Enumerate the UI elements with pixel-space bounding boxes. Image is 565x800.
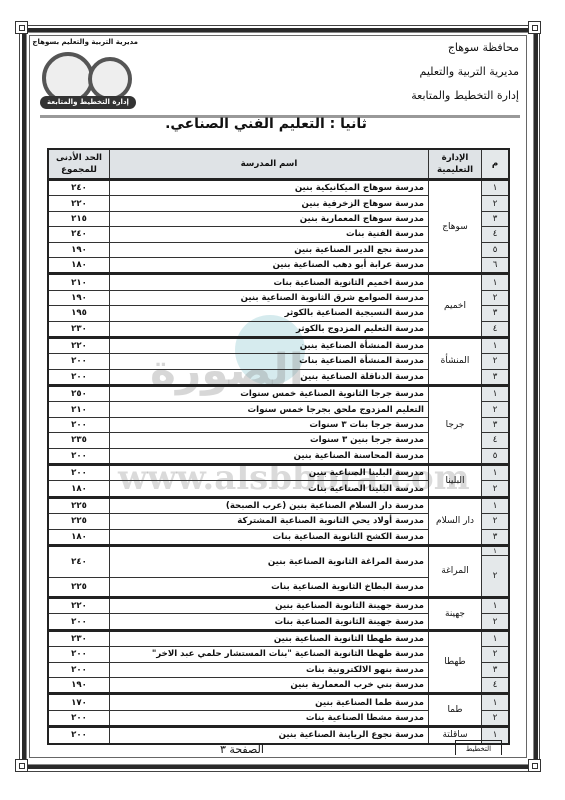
department-label: إدارة التخطيط والمتابعة [411,84,519,108]
col-header-min-score: الحد الأدنى للمجموع [48,149,110,180]
min-score: ٢٢٥ [48,514,110,529]
school-name: مدرسة الصوامع شرق الثانوية الصناعية بنين [110,290,429,305]
min-score: ٢٠٠ [48,710,110,726]
row-number: ٥ [482,448,510,464]
min-score: ٢٠٠ [48,647,110,662]
school-name: مدرسة دار السلام الصناعية بنين (عرب الصب… [110,497,429,513]
row-number: ١ [482,497,510,513]
min-score: ٢٣٠ [48,630,110,646]
row-number: ١ [482,545,510,555]
school-name: مدرسة البلينا الصناعية بنات [110,481,429,497]
table-row: ١طمامدرسة طما الصناعية بنين ١٧٠ [48,694,509,710]
school-name: مدرسة البطاخ الثانوية الصناعية بنات [110,577,429,597]
school-name: مدرسة أولاد يحي الثانوية الصناعية المشتر… [110,514,429,529]
admin-cell: اخميم [429,274,482,338]
school-name: مدرسة طهطا الثانوية الصناعية بنين [110,630,429,646]
min-score: ٢١٠ [48,274,110,290]
school-name: مدرسة جرجا الثانوية الصناعية خمس سنوات [110,386,429,402]
school-name: مدرسة المراغة الثانوية الصناعية بنين [110,545,429,577]
school-name: مدرسة المنشأة الصناعية بنين [110,337,429,353]
governorate-label: محافظة سوهاج [411,36,519,60]
department-logo: مديرية التربية والتعليم بسوهاج إدارة الت… [38,38,138,113]
row-number: ٢ [482,481,510,497]
row-number: ٣ [482,306,510,321]
school-name: مدرسة مشطا الصناعية بنات [110,710,429,726]
logo-children-icon [88,57,132,101]
admin-cell: المراغة [429,545,482,597]
table-row: ١ المراغة مدرسة المراغة الثانوية الصناعي… [48,545,509,555]
row-number: ٣ [482,211,510,226]
admin-cell: سوهاج [429,180,482,274]
col-header-number: م [482,149,510,180]
row-number: ٥ [482,242,510,257]
min-score: ٢٤٠ [48,227,110,242]
row-number: ٣ [482,369,510,385]
admin-cell: طما [429,694,482,727]
min-score: ٢٥٠ [48,386,110,402]
row-number: ٢ [482,402,510,417]
school-name: مدرسة جهينة الثانوية الصناعية بنات [110,614,429,630]
row-number: ١ [482,337,510,353]
table-row: ١جهينةمدرسة جهينة الثانوية الصناعية بنين… [48,597,509,613]
table-row: ١البلينامدرسة البلينا الصناعية بنين ٢٠٠ [48,465,509,481]
table-row: ١دار السلاممدرسة دار السلام الصناعية بني… [48,497,509,513]
row-number: ١ [482,597,510,613]
corner-ornament [528,759,541,772]
section-title: ثانيا : التعليم الفني الصناعي. [150,116,382,132]
school-name: مدرسة جرجا بنين ٣ سنوات [110,433,429,448]
min-score: ٢٠٠ [48,662,110,677]
table-row: ١جرجامدرسة جرجا الثانوية الصناعية خمس سن… [48,386,509,402]
school-name: مدرسة نجوع الرياينة الصناعية بنين [110,727,429,744]
table-header-row: م الإدارة التعليمية اسم المدرسة الحد الأ… [48,149,509,180]
row-number: ٢ [482,710,510,726]
school-name: مدرسة الفنية بنات [110,227,429,242]
school-name: مدرسة التعليم المزدوج بالكوثر [110,321,429,337]
corner-ornament [15,21,28,34]
admin-cell: طهطا [429,630,482,694]
admin-cell: البلينا [429,465,482,498]
admin-cell: جهينة [429,597,482,630]
row-number: ١ [482,386,510,402]
school-name: مدرسة نجع الدير الصناعية بنين [110,242,429,257]
school-name: مدرسة البلينا الصناعية بنين [110,465,429,481]
school-name: مدرسة طهطا الثانوية الصناعية "بنات المست… [110,647,429,662]
min-score: ١٩٥ [48,306,110,321]
min-score: ١٨٠ [48,481,110,497]
row-number: ٢ [482,514,510,529]
row-number: ٢ [482,647,510,662]
school-name: مدرسة بنهو الالكترونية بنات [110,662,429,677]
school-name: مدرسة عرابة أبو دهب الصناعية بنين [110,257,429,273]
row-number: ٦ [482,257,510,273]
row-number: ١ [482,274,510,290]
school-name: مدرسة سوهاج الزخرفية بنين [110,196,429,211]
min-score: ٢٢٥ [48,577,110,597]
min-score: ٢٤٠ [48,180,110,196]
row-number: ٢ [482,290,510,305]
min-score: ٢٢٥ [48,497,110,513]
min-score: ١٧٠ [48,694,110,710]
row-number: ٢ [482,196,510,211]
schools-table: م الإدارة التعليمية اسم المدرسة الحد الأ… [47,148,510,745]
min-score: ١٨٠ [48,257,110,273]
min-score: ٢١٥ [48,211,110,226]
row-number: ٢ [482,555,510,597]
letterhead: محافظة سوهاج مديرية التربية والتعليم إدا… [411,36,519,108]
min-score: ١٩٠ [48,290,110,305]
col-header-admin: الإدارة التعليمية [429,149,482,180]
row-number: ٢ [482,354,510,369]
min-score: ٢٢٠ [48,196,110,211]
row-number: ٢ [482,614,510,630]
min-score: ٢٠٠ [48,448,110,464]
school-name: مدرسة المنشأة الصناعية بنات [110,354,429,369]
row-number: ١ [482,630,510,646]
logo-caption: مديرية التربية والتعليم بسوهاج [38,38,138,46]
school-name: مدرسة جهينة الثانوية الصناعية بنين [110,597,429,613]
page-number: الصفحة ٣ [220,743,264,756]
directorate-label: مديرية التربية والتعليم [411,60,519,84]
col-header-school: اسم المدرسة [110,149,429,180]
min-score: ٢٢٠ [48,597,110,613]
row-number: ١ [482,180,510,196]
row-number: ٣ [482,662,510,677]
row-number: ٣ [482,529,510,545]
min-score: ٢٠٠ [48,727,110,744]
table-row: ١طهطامدرسة طهطا الثانوية الصناعية بنين ٢… [48,630,509,646]
corner-ornament [528,21,541,34]
row-number: ٤ [482,677,510,693]
table-row: ١اخميممدرسة اخميم الثانوية الصناعية بنات… [48,274,509,290]
school-name: مدرسة اخميم الثانوية الصناعية بنات [110,274,429,290]
min-score: ٢٤٠ [48,545,110,577]
row-number: ٤ [482,227,510,242]
min-score: ٢٠٠ [48,417,110,432]
min-score: ١٩٠ [48,242,110,257]
min-score: ٢٢٠ [48,337,110,353]
school-name: مدرسة سوهاج الميكانيكية بنين [110,180,429,196]
corner-ornament [15,759,28,772]
min-score: ٢٣٥ [48,433,110,448]
school-name: مدرسة الكشح الثانوية الصناعية بنات [110,529,429,545]
min-score: ٢١٠ [48,402,110,417]
min-score: ٢٠٠ [48,614,110,630]
footer-department-box: التخطيط [455,740,502,755]
admin-cell: المنشأة [429,337,482,385]
min-score: ٢٠٠ [48,369,110,385]
table-row: ١سوهاجمدرسة سوهاج الميكانيكية بنين ٢٤٠ [48,180,509,196]
min-score: ١٩٠ [48,677,110,693]
row-number: ١ [482,694,510,710]
min-score: ١٨٠ [48,529,110,545]
table-row: ١المنشأةمدرسة المنشأة الصناعية بنين ٢٢٠ [48,337,509,353]
school-name: مدرسة جرجا بنات ٣ سنوات [110,417,429,432]
row-number: ١ [482,465,510,481]
admin-cell: جرجا [429,386,482,465]
school-name: مدرسة بني خرب المعمارية بنين [110,677,429,693]
school-name: مدرسة طما الصناعية بنين [110,694,429,710]
school-name: مدرسة سوهاج المعمارية بنين [110,211,429,226]
min-score: ٢٠٠ [48,354,110,369]
school-name: مدرسة النسيجية الصناعية بالكوثر [110,306,429,321]
school-name: مدرسة المحاسنة الصناعية بنين [110,448,429,464]
admin-cell: دار السلام [429,497,482,545]
row-number: ٤ [482,321,510,337]
row-number: ٣ [482,417,510,432]
row-number: ٤ [482,433,510,448]
logo-banner: إدارة التخطيط والمتابعة [40,96,136,109]
min-score: ٢٣٠ [48,321,110,337]
school-name: التعليم المزدوج ملحق بجرجا خمس سنوات [110,402,429,417]
min-score: ٢٠٠ [48,465,110,481]
table-row: ١ساقلتةمدرسة نجوع الرياينة الصناعية بنين… [48,727,509,744]
school-name: مدرسة الدناقلة الصناعية بنين [110,369,429,385]
